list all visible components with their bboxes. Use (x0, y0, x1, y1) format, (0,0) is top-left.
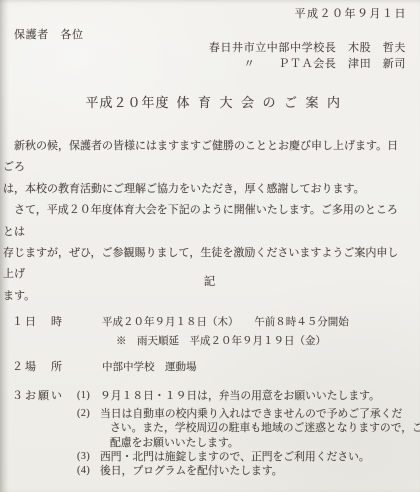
notice-item-datetime: １ 日 時 平成２０年９月１８日（木） 午前８時４５分開始 ※ 雨天順延 平成２… (12, 313, 349, 351)
item-number: １ (12, 313, 25, 332)
request-item-1: (1) ９月１８日・１９日は，弁当の用意をお願いいたします。 (77, 389, 412, 403)
item-label-datetime: 日 時 (25, 313, 62, 332)
item-value-place: 中部中学校 運動場 (102, 358, 197, 377)
rain-postponement-line: ※ 雨天順延 平成２０年９月１９日（金） (102, 332, 349, 351)
item-label-place: 場 所 (25, 358, 62, 377)
body-line: 新秋の候，保護者の皆様にはますますご健勝のこととお慶び申し上げます。日ごろ (3, 136, 407, 179)
sender-line-principal: 春日井市立中部中学校長 木股 哲夫 (209, 41, 406, 57)
request-line: ９月１８日・１９日は，弁当の用意をお願いいたします。 (100, 389, 380, 403)
body-line: は，本校の教育活動にご理解ご協力をいただき，厚く感謝しております。 (3, 179, 407, 200)
sender-block: 春日井市立中部中学校長 木股 哲夫 〃 ＰＴＡ会長 津田 新司 (209, 41, 406, 72)
item-value-datetime: 平成２０年９月１８日（木） 午前８時４５分開始 ※ 雨天順延 平成２０年９月１９… (102, 313, 349, 351)
issue-date: 平成２０年９月１日 (295, 5, 408, 21)
addressee: 保護者 各位 (14, 26, 84, 42)
request-marker: (2) (77, 407, 100, 421)
item-number: ３ (12, 389, 25, 403)
request-line-continuation: さい。また，学校周辺の駐車も地域のご迷惑となりますので，ご (77, 421, 412, 435)
notice-item-requests: ３ お願い (1) ９月１８日・１９日は，弁当の用意をお願いいたします。 (2)… (12, 389, 412, 478)
title-year-part: 平成２０年度 (85, 95, 169, 110)
place-line: 中部中学校 運動場 (102, 358, 197, 377)
request-list: (1) ９月１８日・１９日は，弁当の用意をお願いいたします。 (2) 当日は自動… (77, 389, 412, 478)
request-marker: (1) (77, 389, 100, 403)
request-line: 西門・北門は施錠しますので、正門をご利用ください。 (100, 450, 370, 464)
datetime-line: 平成２０年９月１８日（木） 午前８時４５分開始 (102, 313, 349, 332)
notice-heading: 記 (0, 273, 420, 289)
sender-line-pta-president: 〃 ＰＴＡ会長 津田 新司 (209, 57, 406, 73)
request-line-continuation: 配慮をお願いいたします。 (77, 436, 412, 450)
item-number: ２ (12, 358, 25, 377)
body-line: さて，平成２０年度体育大会を下記のように開催いたします。ご多用のところとは (3, 200, 407, 243)
item-label-requests: お願い (25, 389, 62, 403)
title-event-part: 体育大会のご案内 (177, 95, 349, 110)
request-item-2: (2) 当日は自動車の校内乗り入れはできませんので予めご了承くだ さい。また，学… (77, 407, 412, 450)
document-title: 平成２０年度体育大会のご案内 (0, 92, 420, 111)
request-item-3: (3) 西門・北門は施錠しますので、正門をご利用ください。 (77, 450, 412, 464)
request-marker: (4) (77, 464, 100, 478)
notice-item-place: ２ 場 所 中部中学校 運動場 (12, 358, 197, 377)
request-marker: (3) (77, 450, 100, 464)
request-item-4: (4) 後日，プログラムを配付いたします。 (77, 464, 412, 478)
scanned-letter-page: 平成２０年９月１日 保護者 各位 春日井市立中部中学校長 木股 哲夫 〃 ＰＴＡ… (0, 0, 420, 492)
body-line: ます。 (3, 286, 407, 307)
request-line: 当日は自動車の校内乗り入れはできませんので予めご了承くだ (100, 407, 402, 421)
request-line: 後日，プログラムを配付いたします。 (100, 464, 283, 478)
